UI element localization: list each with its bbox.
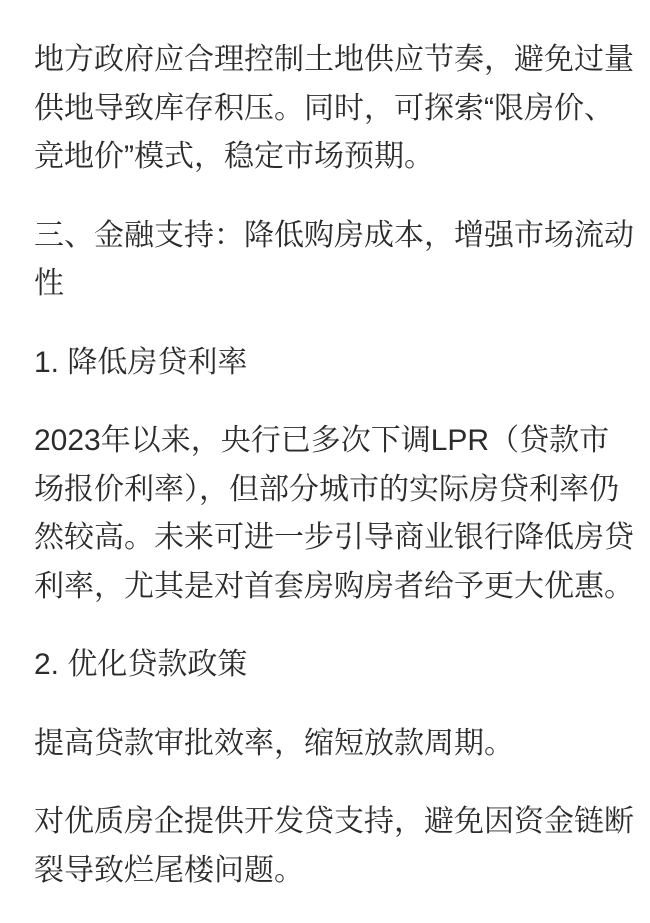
section-heading: 三、金融支持：降低购房成本，增强市场流动性: [34, 212, 634, 309]
document-body: 地方政府应合理控制土地供应节奏，避免过量供地导致库存积压。同时，可探索“限房价、…: [0, 0, 650, 923]
body-paragraph: 2023年以来，央行已多次下调LPR（贷款市场报价利率），但部分城市的实际房贷利…: [34, 417, 634, 611]
numbered-subheading: 2. 优化贷款政策: [34, 641, 634, 690]
body-paragraph: 对优质房企提供开发贷支持，避免因资金链断裂导致烂尾楼问题。: [34, 798, 634, 895]
paragraph-list: 地方政府应合理控制土地供应节奏，避免过量供地导致库存积压。同时，可探索“限房价、…: [34, 36, 634, 895]
body-paragraph: 提高贷款审批效率，缩短放款周期。: [34, 720, 634, 769]
numbered-subheading: 1. 降低房贷利率: [34, 339, 634, 388]
body-paragraph: 地方政府应合理控制土地供应节奏，避免过量供地导致库存积压。同时，可探索“限房价、…: [34, 36, 634, 182]
